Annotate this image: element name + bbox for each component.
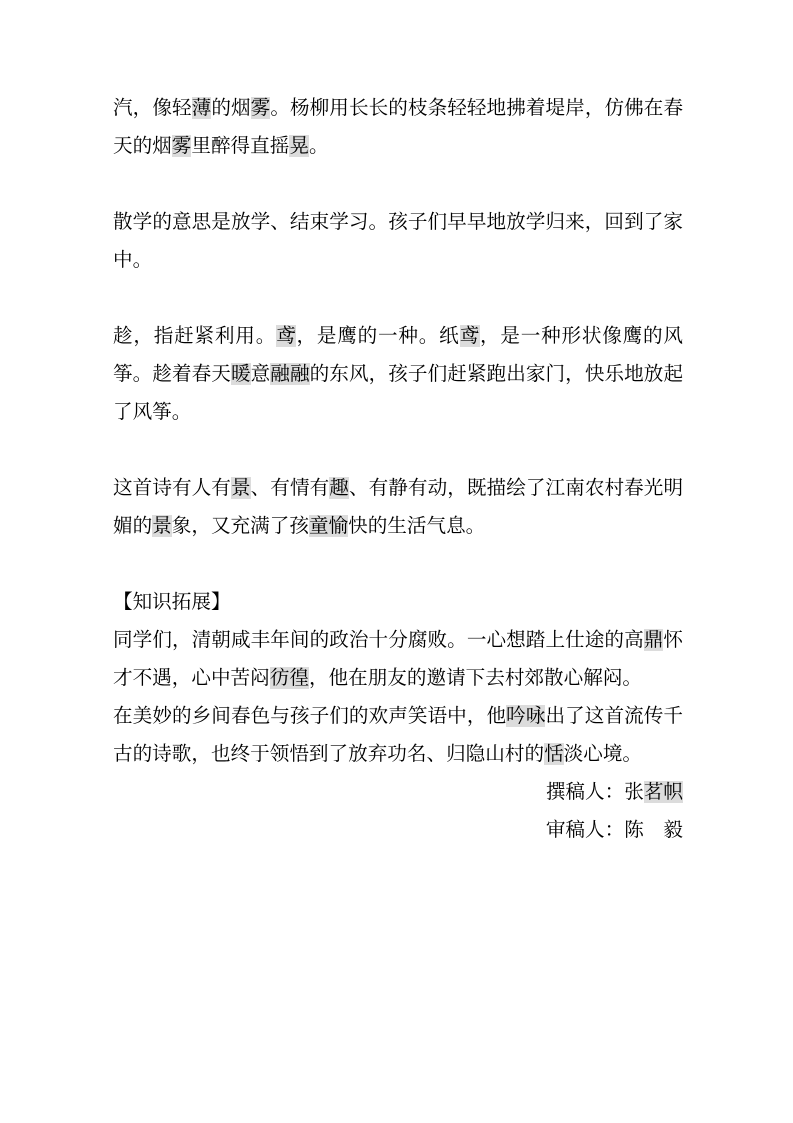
section-heading: 【知识拓展】 [113, 583, 683, 621]
highlighted-character: 融融 [270, 363, 309, 385]
text-run: 这首诗有人有 [113, 477, 231, 499]
paragraph: 同学们，清朝咸丰年间的政治十分腐败。一心想踏上仕途的高鼎怀才不遇，心中苦闷彷徨，… [113, 621, 683, 697]
text-run: 意 [251, 363, 271, 385]
text-run: 里醉得直摇 [191, 135, 289, 157]
document-page: 汽，像轻薄的烟雾。杨柳用长长的枝条轻轻地拂着堤岸，仿佛在春天的烟雾里醉得直摇晃。… [0, 0, 793, 1123]
text-run: 趁，指赶紧利用。 [113, 325, 276, 347]
highlighted-character: 恬 [544, 743, 564, 765]
highlighted-character: 鸢 [276, 325, 296, 347]
paragraph: 在美妙的乡间春色与孩子们的欢声笑语中，他吟咏出了这首流传千古的诗歌，也终于领悟到… [113, 697, 683, 773]
text-run: 汽，像轻 [113, 97, 192, 119]
highlighted-character: 雾 [172, 135, 192, 157]
text-run: 的烟 [211, 97, 250, 119]
highlighted-character: 景 [152, 515, 172, 537]
highlighted-character: 趣 [329, 477, 349, 499]
text-run: 。 [309, 135, 329, 157]
highlighted-character: 鼎 [644, 629, 664, 651]
highlighted-character: 薄 [192, 97, 212, 119]
text-run: 撰稿人：张 [546, 781, 644, 803]
highlighted-character: 茗帜 [644, 781, 683, 803]
highlighted-character: 鸢 [460, 325, 480, 347]
paragraph: 散学的意思是放学、结束学习。孩子们早早地放学归来，回到了家中。 [113, 203, 683, 279]
highlighted-character: 晃 [289, 135, 309, 157]
signature-line: 撰稿人：张茗帜 [113, 773, 683, 811]
text-run: 【知识拓展】 [113, 591, 231, 613]
signature-line: 审稿人：陈 毅 [113, 811, 683, 849]
paragraph: 这首诗有人有景、有情有趣、有静有动，既描绘了江南农村春光明媚的景象，又充满了孩童… [113, 469, 683, 545]
text-run: 同学们，清朝咸丰年间的政治十分腐败。一心想踏上仕途的高 [113, 629, 644, 651]
highlighted-character: 童愉 [309, 515, 348, 537]
text-run: ，他在朋友的邀请下去村郊散心解闷。 [309, 667, 642, 689]
text-run: 在美妙的乡间春色与孩子们的欢声笑语中，他 [113, 705, 506, 727]
highlighted-character: 暖 [231, 363, 251, 385]
paragraph: 汽，像轻薄的烟雾。杨柳用长长的枝条轻轻地拂着堤岸，仿佛在春天的烟雾里醉得直摇晃。 [113, 89, 683, 165]
highlighted-character: 景 [231, 477, 251, 499]
text-run: 快的生活气息。 [348, 515, 485, 537]
highlighted-character: 吟咏 [506, 705, 545, 727]
text-run: ，是鹰的一种。纸 [296, 325, 459, 347]
highlighted-character: 雾 [251, 97, 271, 119]
text-run: 淡心境。 [564, 743, 642, 765]
document-body: 汽，像轻薄的烟雾。杨柳用长长的枝条轻轻地拂着堤岸，仿佛在春天的烟雾里醉得直摇晃。… [113, 89, 683, 849]
text-run: 散学的意思是放学、结束学习。孩子们早早地放学归来，回到了家中。 [113, 211, 683, 271]
paragraph: 趁，指赶紧利用。鸢，是鹰的一种。纸鸢，是一种形状像鹰的风筝。趁着春天暖意融融的东… [113, 317, 683, 431]
text-run: 审稿人：陈 毅 [546, 819, 683, 841]
highlighted-character: 彷徨 [270, 667, 309, 689]
text-run: 、有情有 [251, 477, 330, 499]
text-run: 象，又充满了孩 [172, 515, 309, 537]
